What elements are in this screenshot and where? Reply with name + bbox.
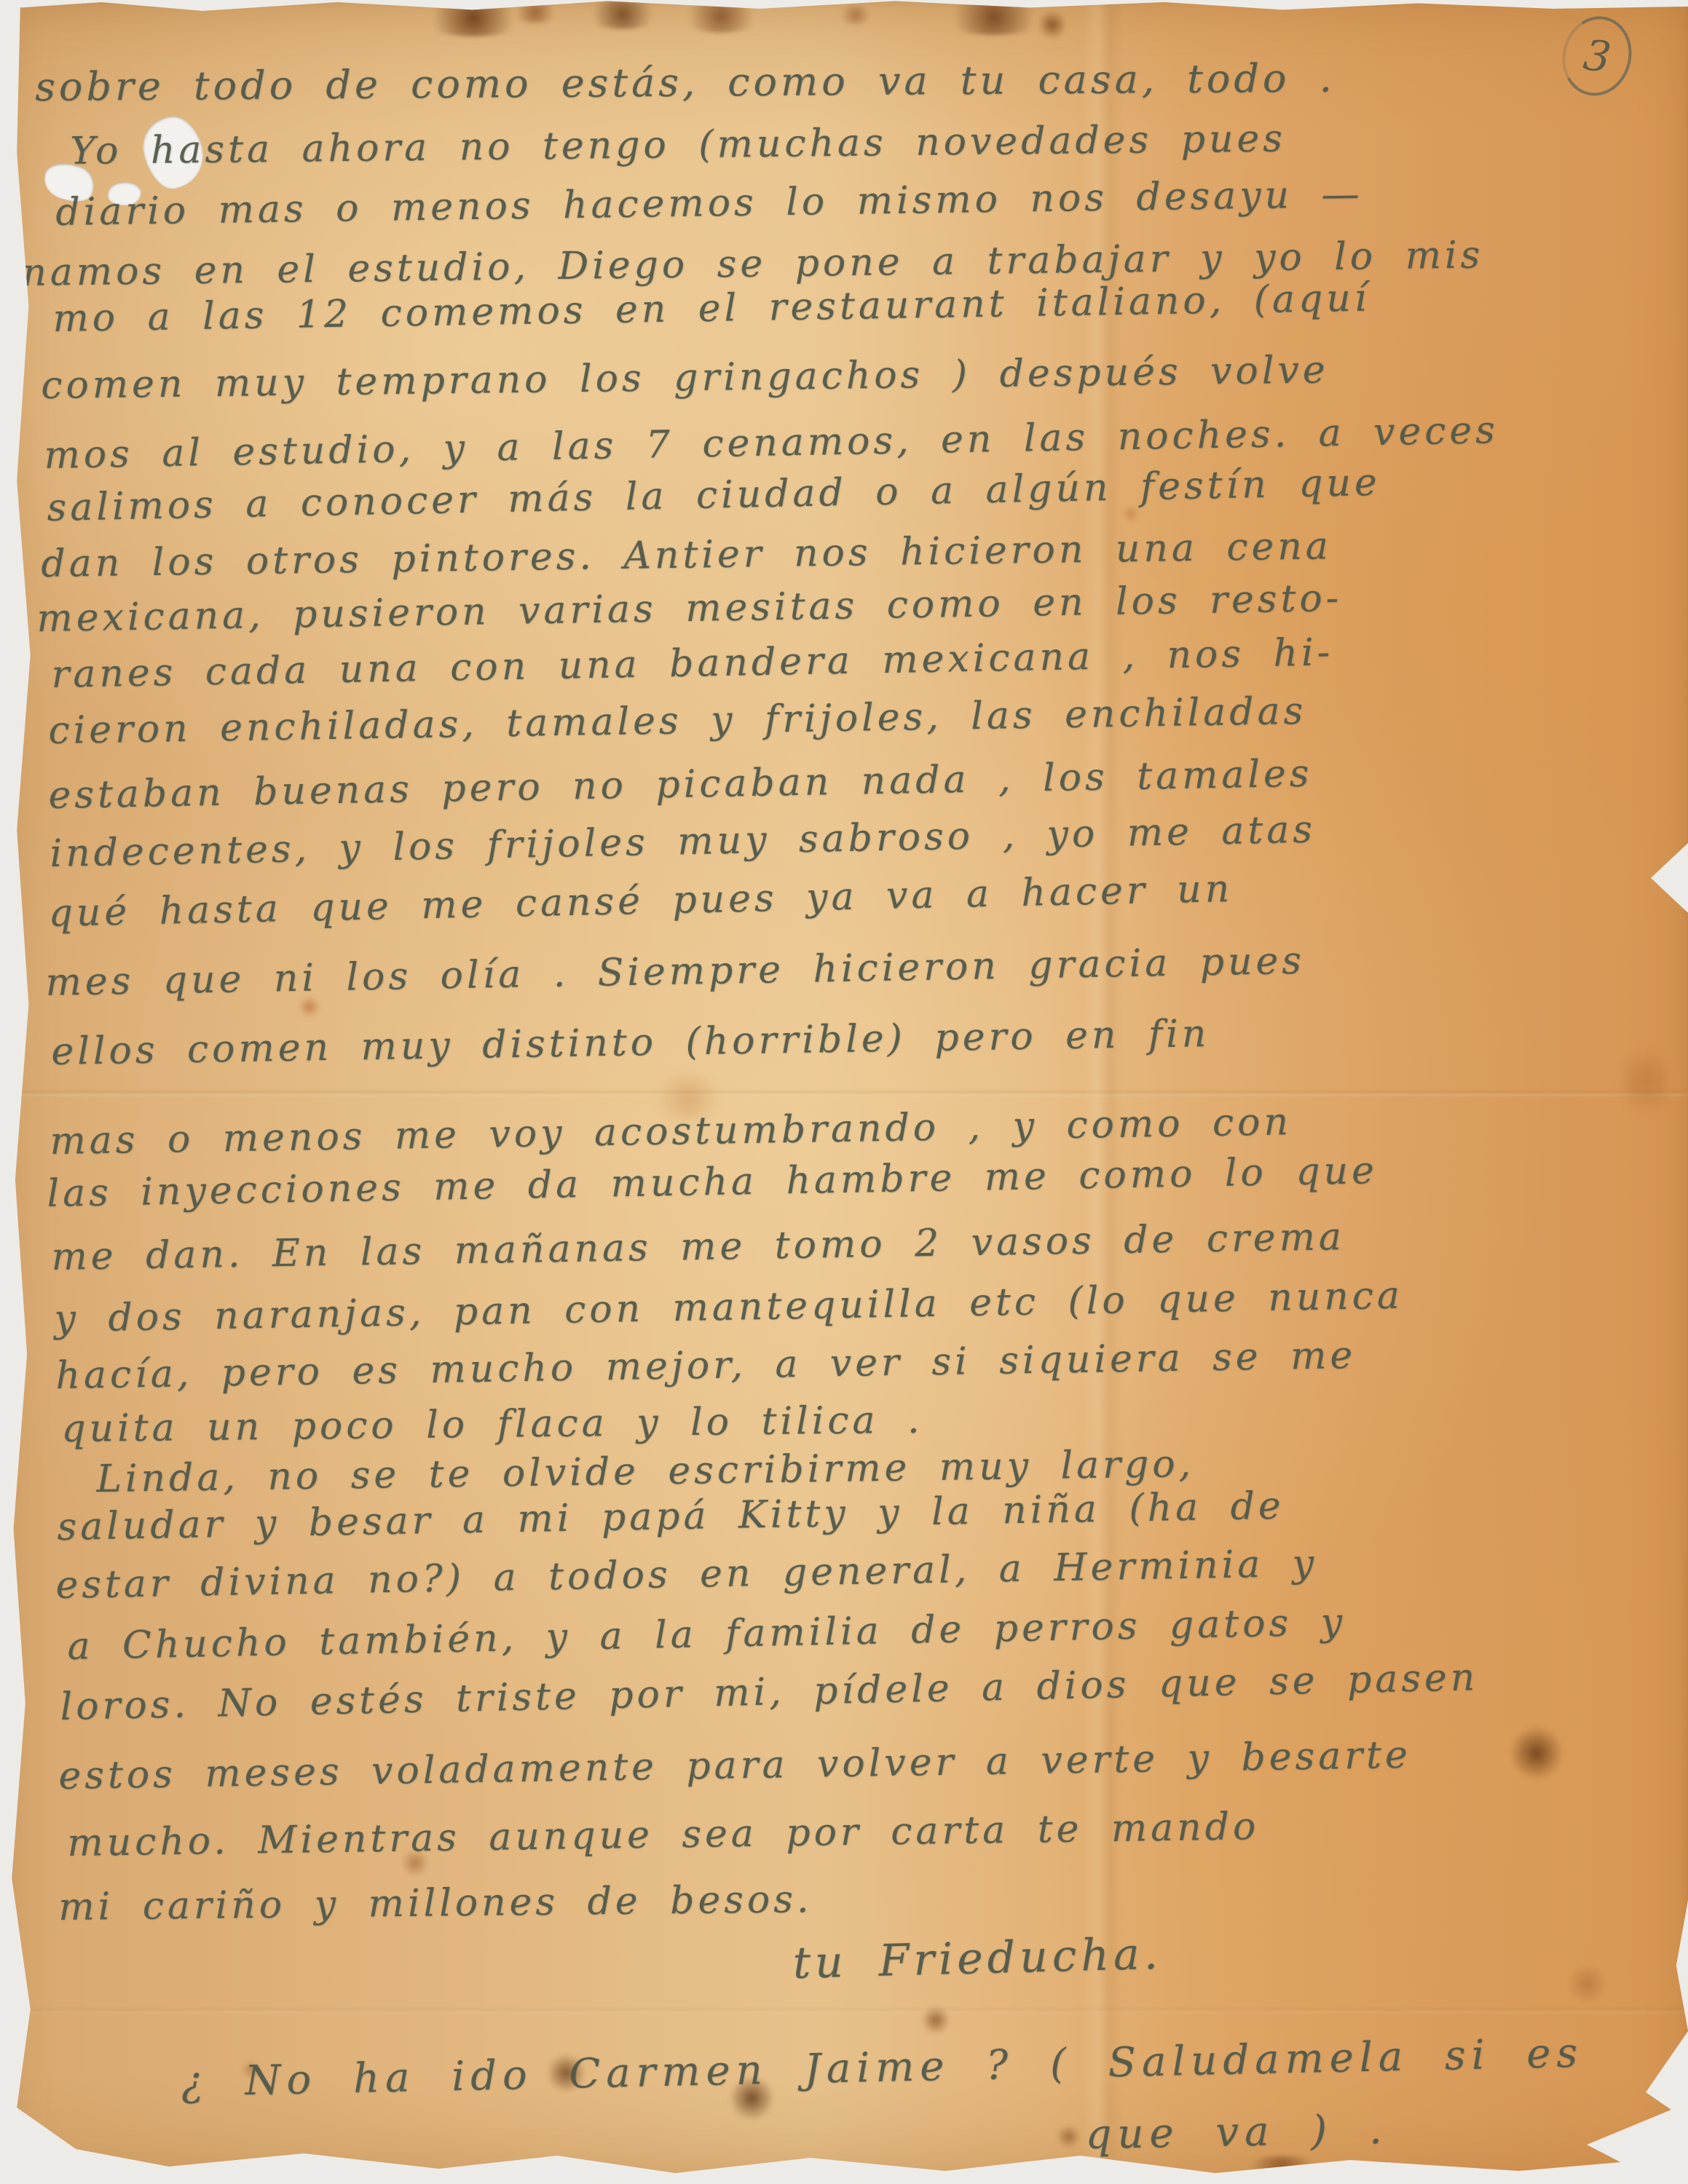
handwritten-line: loros. No estés triste por mi, pídele a … [60,1655,1479,1729]
handwritten-line: sobre todo de como estás, como va tu cas… [35,55,1336,110]
letter-body: sobre todo de como estás, como va tu cas… [0,0,1688,2184]
postscript-line: que va ) . [1085,2106,1388,2159]
handwritten-line: diario mas o menos hacemos lo mismo nos … [55,173,1363,234]
handwritten-line: estos meses voladamente para volver a ve… [58,1733,1411,1798]
postscript-line: ¿ No ha ido Carmen Jaime ? ( Saludamela … [181,2030,1584,2106]
handwritten-line: a Chucho también, y a la familia de perr… [67,1600,1346,1669]
handwritten-line: me dan. En las mañanas me tomo 2 vasos d… [51,1215,1345,1279]
handwritten-line: indecentes, y los frijoles muy sabroso ,… [50,808,1317,876]
handwritten-line: ranes cada una con una bandera mexicana … [51,630,1334,697]
handwritten-line: mes que ni los olía . Siempre hicieron g… [45,939,1305,1005]
handwritten-line: ellos comen muy distinto (horrible) pero… [51,1012,1210,1074]
handwritten-line: hacía, pero es mucho mejor, a ver si siq… [55,1334,1357,1398]
handwritten-line: quita un poco lo flaca y lo tilica . [61,1398,923,1451]
handwritten-line: y dos naranjas, pan con mantequilla etc … [54,1274,1403,1341]
handwritten-line: qué hasta que me cansé pues ya va a hace… [48,867,1234,935]
signature: tu Frieducha. [792,1928,1163,1989]
handwritten-line: cieron enchiladas, tamales y frijoles, l… [48,689,1307,753]
handwritten-line: estar divina no?) a todos en general, a … [55,1542,1318,1607]
handwritten-line: dan los otros pintores. Antier nos hicie… [41,524,1332,586]
letter-page: 3 sobre todo de como estás, como va tu c… [0,0,1688,2184]
handwritten-line: Yo hasta ahora no tengo (muchas novedade… [70,117,1286,173]
scanned-letter-canvas: 3 sobre todo de como estás, como va tu c… [0,0,1688,2184]
handwritten-line: mi cariño y millones de besos. [58,1878,813,1929]
handwritten-line: mucho. Mientras aunque sea por carta te … [67,1805,1260,1865]
handwritten-line: estaban buenas pero no picaban nada , lo… [48,752,1313,818]
handwritten-line: comen muy temprano los gringachos ) desp… [41,348,1329,408]
handwritten-line: mexicana, pusieron varias mesitas como e… [36,577,1343,641]
